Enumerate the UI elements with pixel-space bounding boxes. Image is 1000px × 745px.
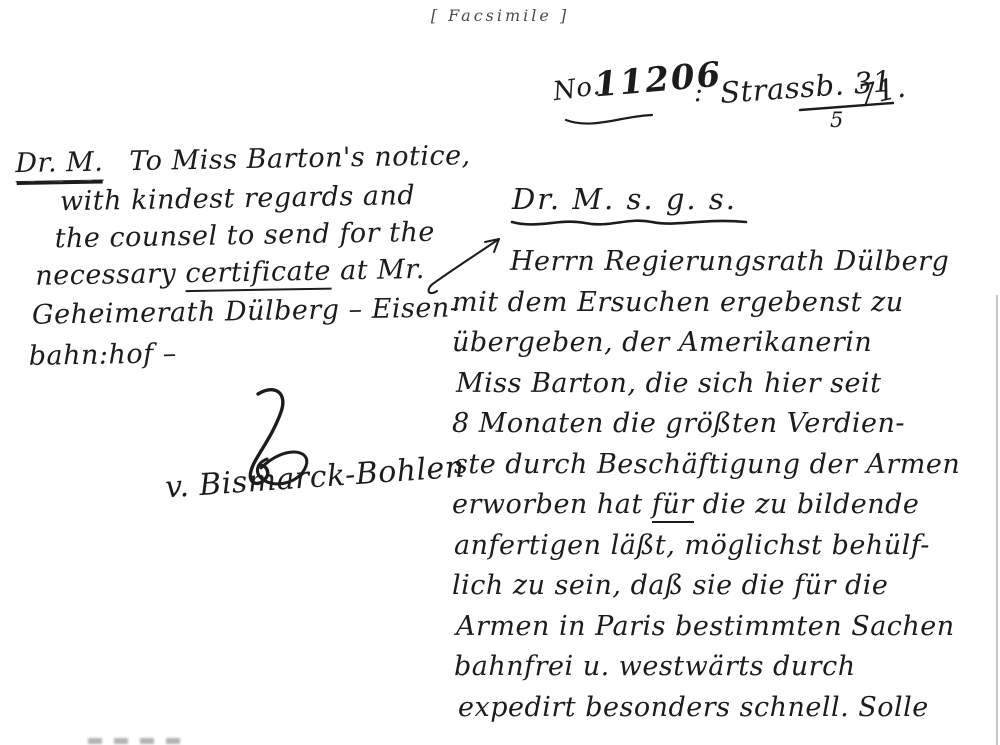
- right-line-2: mit dem Ersuchen ergebenst zu: [452, 283, 1000, 324]
- left-line-4-pre: necessary: [35, 258, 176, 291]
- right-line-11: bahnfrei u. westwärts durch: [452, 647, 1000, 688]
- right-line-7-underlined: für: [652, 489, 694, 523]
- left-line-4-underlined: certificate: [185, 256, 331, 293]
- scan-edge-artifact: [996, 295, 998, 745]
- caption-facsimile: [ Facsimile ]: [0, 6, 1000, 25]
- cutoff-text-smudge: [88, 738, 192, 744]
- left-line-1: Dr. M.To Miss Barton's notice,: [13, 138, 484, 181]
- left-line-6: bahn:hof –: [16, 331, 487, 374]
- left-salutation: Dr. M.: [15, 147, 104, 183]
- right-line-12: expedirt besonders schnell. Solle: [452, 688, 1000, 729]
- right-salutation: Dr. M. s. g. s.: [452, 182, 1000, 216]
- right-line-4: Miss Barton, die sich hier seit: [452, 364, 1000, 405]
- right-line-10: Armen in Paris bestimmten Sachen: [452, 607, 1000, 648]
- right-note-body: Herrn Regierungsrath Dülberg mit dem Ers…: [452, 242, 1000, 728]
- left-line-2: with kindest regards and: [14, 177, 485, 220]
- left-line-3: the counsel to send for the: [14, 214, 485, 257]
- right-line-6: ste durch Beschäftigung der Armen: [452, 445, 1000, 486]
- left-line-5: Geheimerath Dülberg – Eisen-: [16, 290, 487, 333]
- right-line-7: erworben hat für die zu bildende: [452, 485, 1000, 526]
- right-line-8: anfertigen läßt, möglichst behülf-: [452, 526, 1000, 567]
- docket-month: 5: [830, 108, 844, 132]
- right-line-5: 8 Monaten die größten Verdien-: [452, 404, 1000, 445]
- left-note: Dr. M.To Miss Barton's notice, with kind…: [13, 138, 487, 374]
- right-note: Dr. M. s. g. s. Herrn Regierungsrath Dül…: [452, 182, 1000, 728]
- right-line-7-post: die zu bildende: [703, 489, 920, 520]
- right-line-3: übergeben, der Amerikanerin: [452, 323, 1000, 364]
- right-line-9: lich zu sein, daß sie die für die: [452, 566, 1000, 607]
- swash-underline-icon: [566, 115, 652, 124]
- left-line-4-post: at Mr.: [340, 254, 425, 286]
- left-line-1-text: To Miss Barton's notice,: [129, 140, 471, 177]
- left-line-4: necessary certificate at Mr.: [15, 251, 486, 294]
- docket-separator: :: [694, 78, 703, 108]
- right-line-1: Herrn Regierungsrath Dülberg: [452, 242, 1000, 283]
- facsimile-page: [ Facsimile ] No. 11206 : Strassb. 31 5 …: [0, 0, 1000, 745]
- signature: v. Bismarck-Bohlen: [164, 450, 466, 506]
- docket-number: 11206: [593, 54, 724, 105]
- right-line-7-pre: erworben hat: [452, 489, 643, 520]
